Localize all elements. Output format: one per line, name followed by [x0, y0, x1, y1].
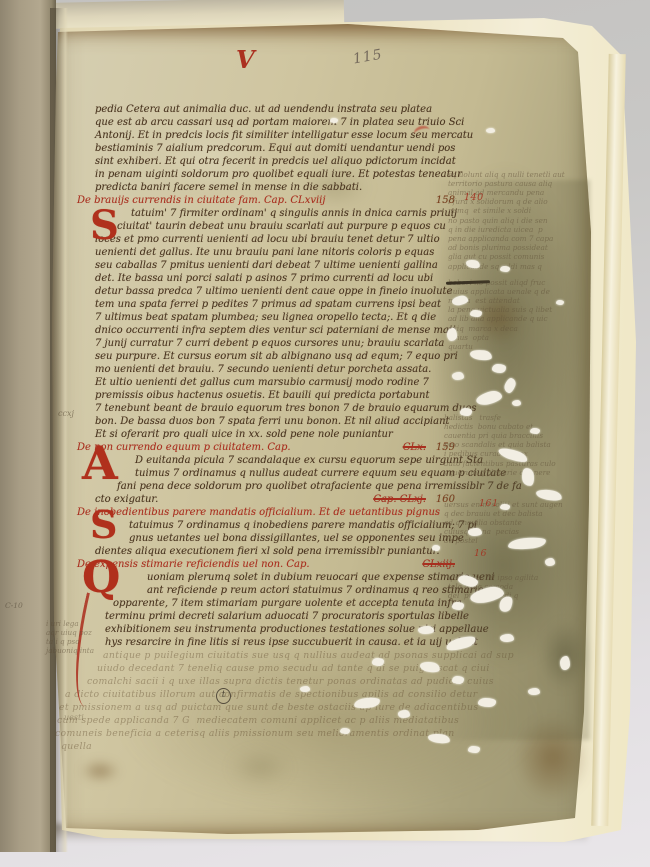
- white-flake-spot: [468, 528, 482, 536]
- line-text: dientes aliqua executionem fieri xl sold…: [95, 545, 440, 558]
- manuscript-line: que est ab arcu cassari usq ad portam ma…: [95, 116, 455, 129]
- line-text: et pmissionem a usq ad puictam que sunt …: [59, 701, 478, 714]
- quire-mark: V: [236, 48, 255, 72]
- red-initial: S: [90, 206, 119, 246]
- line-text: detur bassa predca 7 ultimo uenienti den…: [95, 285, 452, 298]
- manuscript-line: 7 ultimus beat spatam plumbea; seu ligne…: [95, 311, 455, 324]
- line-text: gnus uetantes uel bona dissigillantes, u…: [129, 532, 464, 545]
- line-text: tem una spata ferrei p pedites 7 primus …: [95, 298, 441, 311]
- white-flake-spot: [478, 698, 496, 707]
- manuscript-line: loces et pmo currenti uenienti ad locu u…: [95, 233, 455, 246]
- manuscript-line: D euitanda picula 7 scandalaque ex cursu…: [95, 454, 455, 467]
- white-flake-spot: [545, 558, 555, 566]
- manuscript-line: uiudo decedant 7 teneliq cause pmo secud…: [97, 662, 455, 675]
- struck-chapter-ref: Cap. CLxj.: [373, 493, 426, 506]
- white-flake-spot: [460, 408, 472, 416]
- line-text: quella: [61, 740, 92, 753]
- white-flake-spot: [452, 602, 464, 610]
- line-text: seu caballas 7 pmitus uenienti dari debe…: [95, 259, 438, 272]
- white-flake-spot: [530, 428, 540, 434]
- white-flake-spot: [340, 728, 350, 734]
- manuscript-line: tem una spata ferrei p pedites 7 primus …: [95, 298, 455, 311]
- white-flake-spot: [500, 634, 514, 642]
- manuscript-line: De inobedientibus parere mandatis offici…: [77, 506, 455, 519]
- manuscript-line: Antonij. Et in predcis locis fit similit…: [95, 129, 455, 142]
- manuscript-line: predicta baniri facere semel in mense in…: [95, 181, 455, 194]
- manuscript-line: hys resarcire in fine litis si reus ipse…: [95, 636, 455, 649]
- line-text: De inobedientibus parere mandatis offici…: [77, 506, 440, 519]
- line-text: bestiaminis 7 aialium predcorum. Equi au…: [95, 142, 455, 155]
- facing-page-note: C-10: [5, 602, 23, 610]
- manuscript-line: mo uenienti det brauiu. 7 secundo uenien…: [95, 363, 455, 376]
- line-text: tatuimus 7 ordinamus q inobediens parere…: [129, 519, 477, 532]
- manuscript-line: det. Ite bassa uni porci salati p asinos…: [95, 272, 455, 285]
- manuscript-line: De non currendo equum p ciuitatem. Cap.C…: [77, 441, 455, 454]
- manuscript-line: opparente, 7 item stimariam purgare uole…: [95, 597, 455, 610]
- manuscript-line: bon. De bassa duos bon 7 spata ferri unu…: [95, 415, 455, 428]
- manuscript-line: Et ultio uenienti det gallus cum marsubi…: [95, 376, 455, 389]
- manuscript-line: De expensis stimarie reficiendis uel non…: [77, 558, 455, 571]
- faint-marginal-word: uesti: [64, 714, 84, 722]
- line-text: seu purpure. Et cursus eorum sit ab albi…: [95, 350, 458, 363]
- line-text: uenienti det gallus. Ite unu brauiu pani…: [95, 246, 434, 259]
- line-text: premissis oibus hactenus osuetis. Et bau…: [95, 389, 430, 402]
- manuscript-line: in penam uiginti soldorum pro quolibet e…: [95, 168, 455, 181]
- line-text: mo uenienti det brauiu. 7 secundo uenien…: [95, 363, 431, 376]
- line-text: sint exhiberi. Et qui otra fecerit in pr…: [95, 155, 456, 168]
- line-text: hys resarcire in fine litis si reus ipse…: [105, 636, 478, 649]
- white-flake-spot: [560, 656, 570, 670]
- manuscript-line: gnus uetantes uel bona dissigillantes, u…: [95, 532, 455, 545]
- gloss-line: jabuoniq inta: [46, 646, 94, 655]
- main-text-block: pedia Cetera aut animalia duc. ut ad uen…: [95, 103, 455, 753]
- manuscript-line: sint exhiberi. Et qui otra fecerit in pr…: [95, 155, 455, 168]
- facing-page-sliver: [0, 0, 56, 852]
- white-flake-spot: [512, 400, 521, 406]
- manuscript-line: De brauijs currendis in ciuitate fam. Ca…: [77, 194, 455, 207]
- left-margin-chapter-note: ccxj: [58, 410, 74, 418]
- line-text: terminu primi decreti salarium aduocati …: [105, 610, 469, 623]
- gloss-line: sq uolunt aliq q nulli tenetli aut: [448, 170, 583, 179]
- manuscript-line: dientes aliqua executionem fieri xl sold…: [95, 545, 455, 558]
- gloss-line: i uri lega: [46, 619, 94, 628]
- gloss-line: aqr uiuq poz: [46, 628, 94, 637]
- manuscript-line: uenienti det gallus. Ite unu brauiu pani…: [95, 246, 455, 259]
- white-flake-spot: [500, 266, 510, 272]
- line-text: que est ab arcu cassari usq ad portam ma…: [95, 116, 464, 129]
- white-flake-spot: [300, 686, 310, 692]
- line-text: in penam uiginti soldorum pro quolibet e…: [95, 168, 462, 181]
- white-flake-spot: [452, 372, 464, 380]
- manuscript-line: tatuimus 7 ordinamus q inobediens parere…: [95, 519, 455, 532]
- manuscript-line: comalchi sacii i q uxe illas supra dicti…: [87, 675, 455, 688]
- manuscript-line: exhibitionem seu instrumenta productione…: [95, 623, 455, 636]
- line-text: det. Ite bassa uni porci salati p asinos…: [95, 272, 433, 285]
- line-text: pedia Cetera aut animalia duc. ut ad uen…: [95, 103, 432, 116]
- white-flake-spot: [372, 658, 384, 666]
- manuscript-line: ant reficiende p reum actori statuimus 7…: [95, 584, 455, 597]
- manuscript-photograph: V 115 pedia Cetera aut animalia duc. ut …: [0, 0, 650, 867]
- white-flake-spot: [500, 504, 510, 510]
- manuscript-line: cum spede applicanda 7 G mediecatem comu…: [57, 714, 455, 727]
- manuscript-line: tatuim' 7 firmiter ordinam' q singulis a…: [95, 207, 455, 220]
- manuscript-line: quella: [61, 740, 455, 753]
- red-initial: A: [82, 440, 118, 486]
- red-initial: S: [90, 506, 117, 544]
- white-flake-spot: [468, 746, 480, 753]
- gloss-line: ta i q pso: [46, 637, 94, 646]
- white-flake-spot: [447, 328, 457, 341]
- manuscript-line: dnico occurrenti infra septem dies ventu…: [95, 324, 455, 337]
- line-text: tatuim' 7 firmiter ordinam' q singulis a…: [131, 207, 457, 220]
- white-flake-spot: [470, 310, 482, 317]
- white-flake-spot: [418, 626, 434, 634]
- struck-chapter-ref: CLx.: [403, 441, 426, 454]
- line-text: a dicto ciuitatibus illorum aut confirma…: [65, 688, 478, 701]
- manuscript-line: seu caballas 7 pmitus uenienti dari debe…: [95, 259, 455, 272]
- line-text: ciuitat' taurin debeat unu brauiu scarla…: [117, 220, 446, 233]
- manuscript-line: ciuitat' taurin debeat unu brauiu scarla…: [95, 220, 455, 233]
- white-flake-spot: [432, 545, 440, 551]
- line-text: opparente, 7 item stimariam purgare uole…: [113, 597, 462, 610]
- white-flake-spot: [452, 676, 464, 684]
- line-text: bon. De bassa duos bon 7 spata ferri unu…: [95, 415, 450, 428]
- line-text: Et ultio uenienti det gallus cum marsubi…: [95, 376, 429, 389]
- manuscript-line: pedia Cetera aut animalia duc. ut ad uen…: [95, 103, 455, 116]
- line-text: 7 junij curratur 7 curri debent p equos …: [95, 337, 444, 350]
- manuscript-line: 7 tenebunt beant de brauio equorum tres …: [95, 402, 455, 415]
- white-flake-spot: [330, 118, 338, 123]
- line-text: 7 ultimus beat spatam plumbea; seu ligne…: [95, 311, 436, 324]
- white-flake-spot: [556, 300, 564, 305]
- manuscript-line: detur bassa predca 7 ultimo uenienti den…: [95, 285, 455, 298]
- manuscript-line: terminu primi decreti salarium aduocati …: [95, 610, 455, 623]
- manuscript-line: uoniam plerumq solet in dubium reuocari …: [95, 571, 455, 584]
- manuscript-line: cto exigatur.Cap. CLxj.160: [95, 493, 455, 506]
- manuscript-line: antique p puilegium ciuitatis sue usq q …: [103, 649, 455, 662]
- manuscript-line: seu purpure. Et cursus eorum sit ab albi…: [95, 350, 455, 363]
- left-margin-gloss: i uri legaaqr uiuq pozta i q psojabuoniq…: [46, 592, 94, 655]
- manuscript-line: fani pena dece soldorum pro quolibet otr…: [95, 480, 455, 493]
- white-flake-spot: [486, 128, 495, 133]
- ink-mark: t: [216, 688, 231, 704]
- manuscript-line: Et si oferarit pro quali uice in xx. sol…: [95, 428, 455, 441]
- white-flake-spot: [528, 688, 540, 695]
- line-text: predicta baniri facere semel in mense in…: [95, 181, 362, 194]
- manuscript-line: 7 junij curratur 7 curri debent p equos …: [95, 337, 455, 350]
- manuscript-line: bestiaminis 7 aialium predcorum. Equi au…: [95, 142, 455, 155]
- manuscript-line: premissis oibus hactenus osuetis. Et bau…: [95, 389, 455, 402]
- line-text: comuneis beneficia a ceterisq aliis pmis…: [55, 727, 455, 740]
- manuscript-line: a dicto ciuitatibus illorum aut confirma…: [65, 688, 455, 701]
- line-text: loces et pmo currenti uenienti ad locu u…: [95, 233, 440, 246]
- manuscript-line: et pmissionem a usq ad puictam que sunt …: [59, 701, 455, 714]
- line-text: dnico occurrenti infra septem dies ventu…: [95, 324, 455, 337]
- white-flake-spot: [492, 364, 506, 373]
- manuscript-line: tuimus 7 ordinamus q nullus audeat curre…: [95, 467, 455, 480]
- line-text: 7 tenebunt beant de brauio equorum tres …: [95, 402, 477, 415]
- manuscript-line: comuneis beneficia a ceterisq aliis pmis…: [55, 727, 455, 740]
- line-text: Et si oferarit pro quali uice in xx. sol…: [95, 428, 393, 441]
- white-flake-spot: [398, 710, 410, 718]
